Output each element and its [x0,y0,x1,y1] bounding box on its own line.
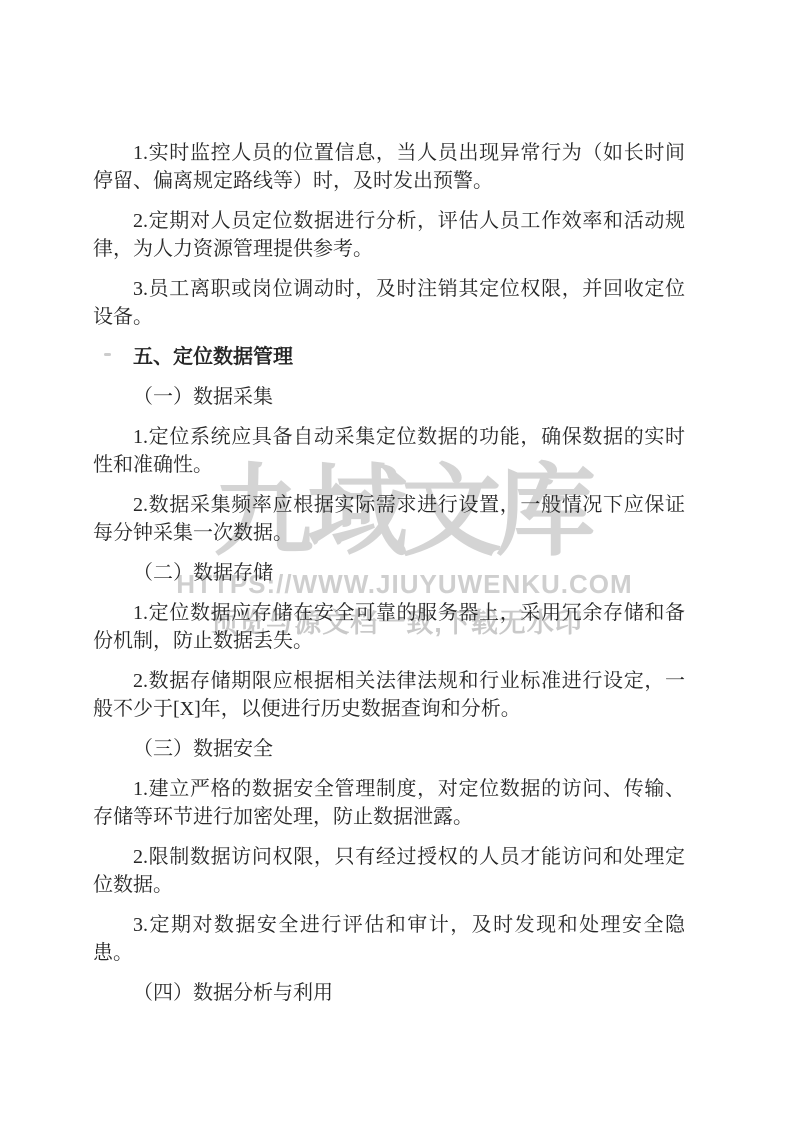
paragraph-retention-period: 2.数据存储期限应根据相关法律法规和行业标准进行设定，一般不少于[X]年，以便进… [93,667,685,723]
document-page: 九域文库 HTTPS://WWW.JIUYUWENKU.COM 预览与源文档一致… [0,0,793,1122]
subsection-data-collection: （一）数据采集 [93,383,685,411]
section-heading-data-management: 五、定位数据管理 [93,343,685,371]
subsection-data-security: （三）数据安全 [93,735,685,763]
paragraph-encryption: 1.建立严格的数据安全管理制度，对定位数据的访问、传输、存储等环节进行加密处理，… [93,775,685,831]
paragraph-access-control: 2.限制数据访问权限，只有经过授权的人员才能访问和处理定位数据。 [93,843,685,899]
paragraph-collection-frequency: 2.数据采集频率应根据实际需求进行设置，一般情况下应保证每分钟采集一次数据。 [93,491,685,547]
paragraph-secure-server: 1.定位数据应存储在安全可靠的服务器上，采用冗余存储和备份机制，防止数据丢失。 [93,599,685,655]
paragraph-security-audit: 3.定期对数据安全进行评估和审计，及时发现和处理安全隐患。 [93,911,685,967]
paragraph-monitor-alert: 1.实时监控人员的位置信息，当人员出现异常行为（如长时间停留、偏离规定路线等）时… [93,139,685,195]
subsection-data-analysis: （四）数据分析与利用 [93,979,685,1007]
paragraph-offboarding: 3.员工离职或岗位调动时，及时注销其定位权限，并回收定位设备。 [93,275,685,331]
paragraph-periodic-analysis: 2.定期对人员定位数据进行分析，评估人员工作效率和活动规律，为人力资源管理提供参… [93,207,685,263]
subsection-data-storage: （二）数据存储 [93,559,685,587]
paragraph-auto-collection: 1.定位系统应具备自动采集定位数据的功能，确保数据的实时性和准确性。 [93,423,685,479]
document-content: 1.实时监控人员的位置信息，当人员出现异常行为（如长时间停留、偏离规定路线等）时… [93,139,685,1019]
